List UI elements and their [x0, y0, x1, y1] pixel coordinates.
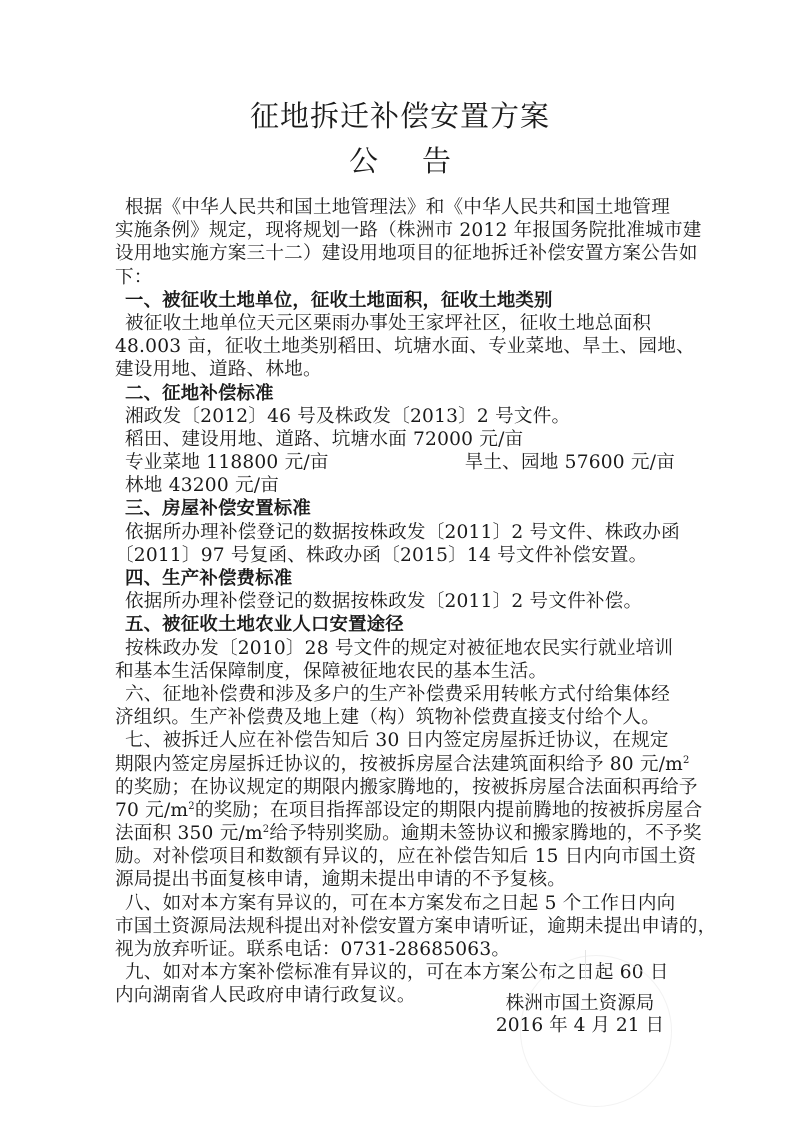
section-heading: 二、征地补偿标准 [115, 382, 705, 405]
section-line: 建设用地、道路、林地。 [115, 358, 705, 381]
seal-mark [585, 950, 586, 980]
section-line: 稻田、建设用地、道路、坑塘水面 72000 元/亩 [115, 428, 705, 451]
issue-date: 2016 年 4 月 21 日 [470, 1015, 690, 1037]
clause-seven-line: 的奖励；在协议规定的期限内搬家腾地的，按被拆房屋合法面积再给予 [115, 776, 705, 799]
intro-line: 根据《中华人民共和国土地管理法》和《中华人民共和国土地管理 [115, 196, 705, 219]
rate-dry-land-garden: 旱土、园地 57600 元/亩 [465, 451, 675, 474]
document-page: 征地拆迁补偿安置方案 公告 根据《中华人民共和国土地管理法》和《中华人民共和国土… [0, 0, 800, 1126]
clause-seven-line: 70 元/m2的奖励；在项目指挥部设定的期限内提前腾地的按被拆房屋合 [115, 799, 705, 822]
subtitle-char: 告 [422, 143, 451, 179]
section-line: 依据所办理补偿登记的数据按株政发〔2011〕2 号文件、株政办函 [115, 521, 705, 544]
section-line: 48.003 亩，征收土地类别稻田、坑塘水面、专业菜地、旱土、园地、 [115, 335, 705, 358]
section-line: 按株政办发〔2010〕28 号文件的规定对被征地农民实行就业培训 [115, 637, 705, 660]
section-heading: 一、被征收土地单位，征收土地面积，征收土地类别 [115, 289, 705, 312]
section-line: 被征收土地单位天元区栗雨办事处王家坪社区，征收土地总面积 [115, 312, 705, 335]
clause-six-line: 济组织。生产补偿费及地上建（构）筑物补偿费直接支付给个人。 [115, 706, 705, 729]
clause-text: 期限内签定房屋拆迁协议的，按被拆房屋合法建筑面积给予 80 元/m [115, 754, 683, 775]
document-title: 征地拆迁补偿安置方案 [0, 98, 800, 134]
section-line: 和基本生活保障制度，保障被征地农民的基本生活。 [115, 660, 705, 683]
clause-seven-line: 七、被拆迁人应在补偿告知后 30 日内签定房屋拆迁协议，在规定 [115, 729, 705, 752]
intro-line: 设用地实施方案三十二）建设用地项目的征地拆迁补偿安置方案公告如 [115, 242, 705, 265]
compensation-rate-row: 专业菜地 118800 元/亩 旱土、园地 57600 元/亩 [115, 451, 675, 474]
issuer-name: 株洲市国土资源局 [470, 993, 690, 1015]
section-heading: 三、房屋补偿安置标准 [115, 497, 705, 520]
rate-vegetable-land: 专业菜地 118800 元/亩 [125, 451, 329, 474]
subtitle-char: 公 [349, 143, 378, 179]
clause-seven-line: 期限内签定房屋拆迁协议的，按被拆房屋合法建筑面积给予 80 元/m2 [115, 753, 705, 776]
section-line: 湘政发〔2012〕46 号及株政发〔2013〕2 号文件。 [115, 405, 705, 428]
clause-text: 70 元/m [115, 800, 188, 821]
superscript: 2 [683, 754, 690, 765]
document-body: 根据《中华人民共和国土地管理法》和《中华人民共和国土地管理 实施条例》规定，现将… [115, 196, 705, 1008]
clause-six-line: 六、征地补偿费和涉及多户的生产补偿费采用转帐方式付给集体经 [115, 683, 705, 706]
clause-text: 给予特别奖励。逾期未签协议和搬家腾地的，不予奖 [269, 823, 701, 844]
intro-line: 下： [115, 266, 705, 289]
clause-seven-line: 法面积 350 元/m2给予特别奖励。逾期未签协议和搬家腾地的，不予奖 [115, 822, 705, 845]
section-heading: 五、被征收土地农业人口安置途径 [115, 613, 705, 636]
document-subtitle: 公告 [0, 143, 800, 179]
clause-eight-line: 市国土资源局法规科提出对补偿安置方案申请听证，逾期未提出申请的， [115, 915, 705, 938]
intro-line: 实施条例》规定，现将规划一路（株洲市 2012 年报国务院批准城市建 [115, 219, 705, 242]
signature-block: 株洲市国土资源局 2016 年 4 月 21 日 [470, 993, 690, 1037]
section-line: 依据所办理补偿登记的数据按株政发〔2011〕2 号文件补偿。 [115, 590, 705, 613]
clause-text: 的奖励；在项目指挥部设定的期限内提前腾地的按被拆房屋合 [195, 800, 702, 821]
clause-text: 法面积 350 元/m [115, 823, 263, 844]
clause-seven-line: 源局提出书面复核申请，逾期未提出申请的不予复核。 [115, 868, 705, 891]
rate-forest-land: 林地 43200 元/亩 [115, 474, 705, 497]
clause-seven-line: 励。对补偿项目和数额有异议的，应在补偿告知后 15 日内向市国土资 [115, 845, 705, 868]
section-heading: 四、生产补偿费标准 [115, 567, 705, 590]
section-line: 〔2011〕97 号复函、株政办函〔2015〕14 号文件补偿安置。 [115, 544, 705, 567]
clause-eight-line: 八、如对本方案有异议的，可在本方案发布之日起 5 个工作日内向 [115, 892, 705, 915]
